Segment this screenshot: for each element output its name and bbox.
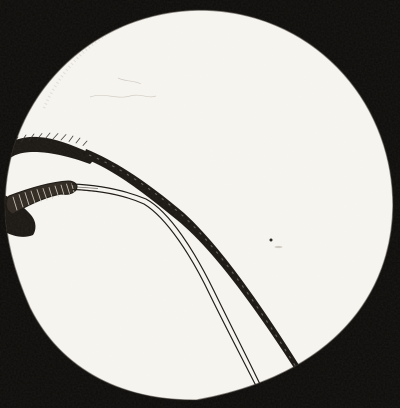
engraving-plate bbox=[0, 0, 400, 408]
faint-smudge bbox=[275, 246, 283, 248]
microscope-field-illustration bbox=[0, 0, 400, 408]
ink-speck-dot bbox=[270, 239, 273, 242]
